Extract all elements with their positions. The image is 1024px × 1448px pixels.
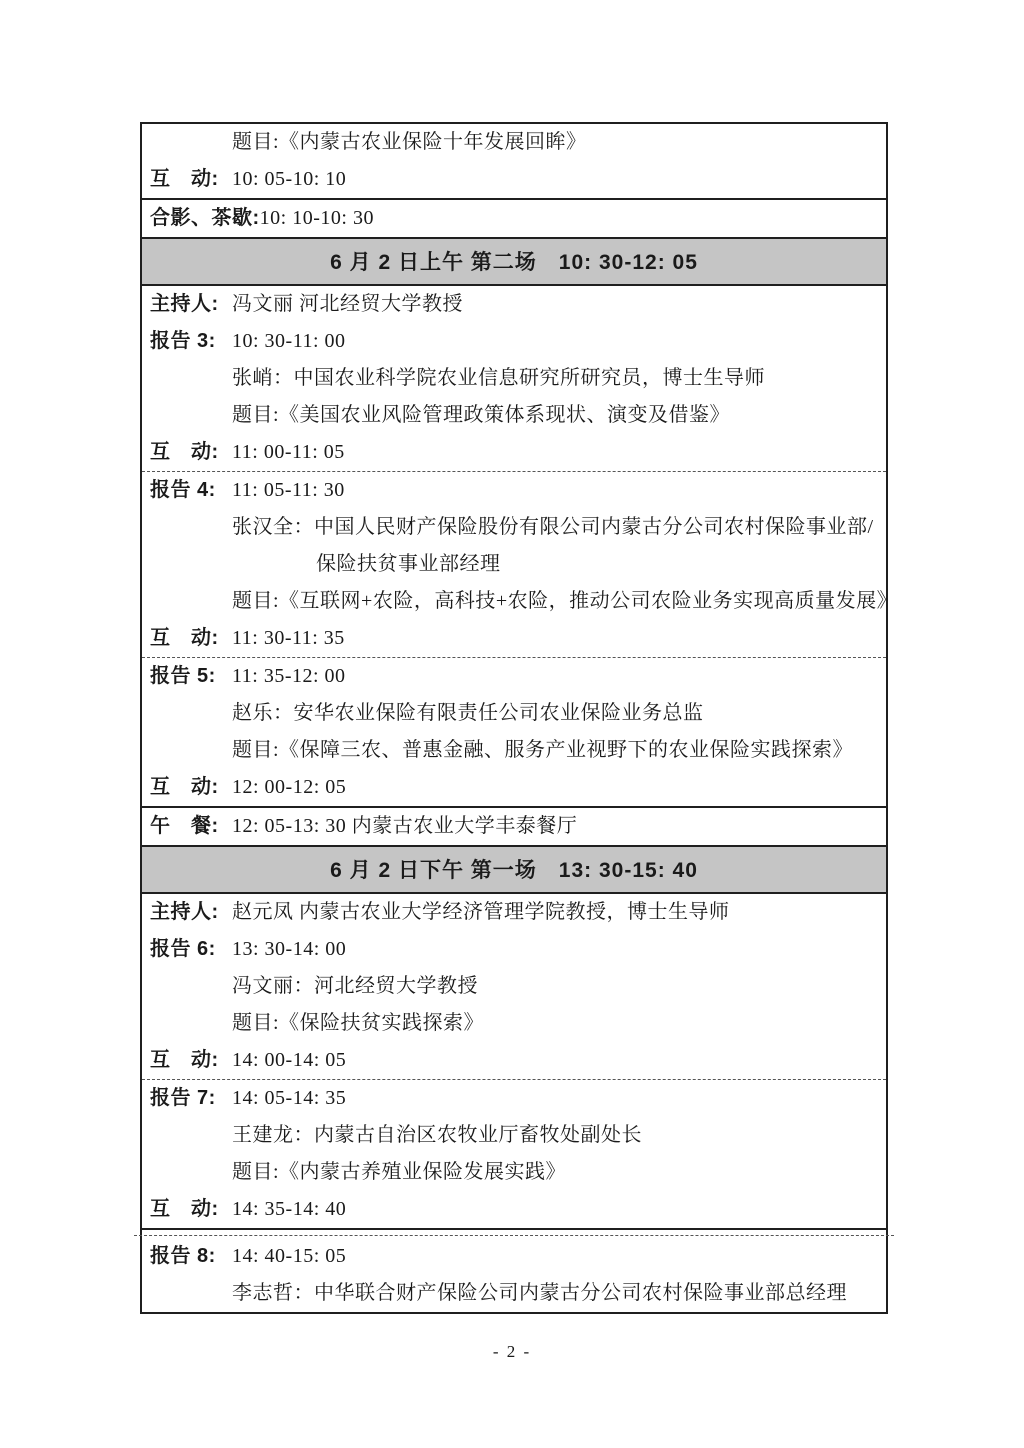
- row-value: 14: 40-15: 05: [232, 1245, 346, 1267]
- row-text: 题目:《内蒙古农业保险十年发展回眸》: [232, 131, 587, 153]
- schedule-block: 主持人:赵元凤 内蒙古农业大学经济管理学院教授，博士生导师报告 6:13: 30…: [142, 894, 886, 1080]
- row-text: 题目:《互联网+农险，高科技+农险，推动公司农险业务实现高质量发展》: [232, 590, 897, 612]
- row-label: 报告 8:: [150, 1238, 232, 1275]
- row-text: 李志哲：中华联合财产保险公司内蒙古分公司农村保险事业部总经理: [232, 1282, 847, 1304]
- schedule-line: 题目:《互联网+农险，高科技+农险，推动公司农险业务实现高质量发展》: [150, 583, 878, 620]
- row-value: 11: 00-11: 05: [232, 441, 345, 463]
- schedule-line: 互 动:14: 35-14: 40: [150, 1191, 878, 1228]
- row-label: 互 动:: [150, 161, 232, 198]
- schedule-block: 午 餐:12: 05-13: 30 内蒙古农业大学丰泰餐厅: [142, 808, 886, 847]
- session-header: 6 月 2 日下午 第一场 13: 30-15: 40: [142, 847, 886, 894]
- row-value: 10: 05-10: 10: [232, 168, 346, 190]
- row-label: 互 动:: [150, 434, 232, 471]
- row-value: 14: 00-14: 05: [232, 1049, 346, 1071]
- schedule-line: 张汉全：中国人民财产保险股份有限公司内蒙古分公司农村保险事业部/: [150, 509, 878, 546]
- row-value: 14: 35-14: 40: [232, 1198, 346, 1220]
- schedule-line: 报告 8:14: 40-15: 05: [150, 1238, 878, 1275]
- schedule-block: 合影、茶歇:10: 10-10: 30: [142, 200, 886, 239]
- row-value: 10: 30-11: 00: [232, 330, 346, 352]
- schedule-line: 报告 3:10: 30-11: 00: [150, 323, 878, 360]
- row-text: 赵乐：安华农业保险有限责任公司农业保险业务总监: [232, 702, 704, 724]
- schedule-line: 互 动:10: 05-10: 10: [150, 161, 878, 198]
- row-value: 13: 30-14: 00: [232, 938, 346, 960]
- schedule-line: 报告 7:14: 05-14: 35: [150, 1080, 878, 1117]
- row-text: 题目:《保障三农、普惠金融、服务产业视野下的农业保险实践探索》: [232, 739, 853, 761]
- row-value: 10: 10-10: 30: [260, 207, 374, 229]
- schedule-line: 李志哲：中华联合财产保险公司内蒙古分公司农村保险事业部总经理: [150, 1275, 878, 1312]
- schedule-line: 互 动:14: 00-14: 05: [150, 1042, 878, 1079]
- row-label: 午 餐:: [150, 808, 232, 845]
- schedule-line: 题目:《美国农业风险管理政策体系现状、演变及借鉴》: [150, 397, 878, 434]
- row-value: 14: 05-14: 35: [232, 1087, 346, 1109]
- row-label: 主持人:: [150, 286, 232, 323]
- schedule-line: 互 动:12: 00-12: 05: [150, 769, 878, 806]
- schedule-line: 主持人:赵元凤 内蒙古农业大学经济管理学院教授，博士生导师: [150, 894, 878, 931]
- schedule-line: 互 动:11: 00-11: 05: [150, 434, 878, 471]
- row-label: 互 动:: [150, 769, 232, 806]
- schedule-line: 题目:《保险扶贫实践探索》: [150, 1005, 878, 1042]
- schedule-line: 合影、茶歇:10: 10-10: 30: [150, 200, 878, 237]
- row-value: 11: 35-12: 00: [232, 665, 346, 687]
- schedule-line: 冯文丽：河北经贸大学教授: [150, 968, 878, 1005]
- schedule-line: 保险扶贫事业部经理: [150, 546, 878, 583]
- schedule-line: 题目:《内蒙古农业保险十年发展回眸》: [150, 124, 878, 161]
- row-text: 张汉全：中国人民财产保险股份有限公司内蒙古分公司农村保险事业部/: [232, 516, 874, 538]
- schedule-line: 午 餐:12: 05-13: 30 内蒙古农业大学丰泰餐厅: [150, 808, 878, 845]
- row-text: 题目:《内蒙古养殖业保险发展实践》: [232, 1161, 566, 1183]
- schedule-table: 题目:《内蒙古农业保险十年发展回眸》互 动:10: 05-10: 10合影、茶歇…: [140, 122, 888, 1314]
- schedule-line: 报告 5:11: 35-12: 00: [150, 658, 878, 695]
- row-label: 报告 7:: [150, 1080, 232, 1117]
- row-value: 12: 00-12: 05: [232, 776, 346, 798]
- schedule-line: 题目:《内蒙古养殖业保险发展实践》: [150, 1154, 878, 1191]
- row-label: 主持人:: [150, 894, 232, 931]
- row-label: 报告 3:: [150, 323, 232, 360]
- row-text: 张峭：中国农业科学院农业信息研究所研究员，博士生导师: [232, 367, 765, 389]
- schedule-line: 报告 6:13: 30-14: 00: [150, 931, 878, 968]
- schedule-line: 互 动:11: 30-11: 35: [150, 620, 878, 657]
- schedule-block: 主持人:冯文丽 河北经贸大学教授报告 3:10: 30-11: 00张峭：中国农…: [142, 286, 886, 472]
- row-value: 冯文丽 河北经贸大学教授: [232, 293, 463, 315]
- session-header: 6 月 2 日上午 第二场 10: 30-12: 05: [142, 239, 886, 286]
- row-label: 报告 4:: [150, 472, 232, 509]
- schedule-block: 报告 7:14: 05-14: 35王建龙：内蒙古自治区农牧业厅畜牧处副处长题目…: [142, 1080, 886, 1230]
- row-text: 保险扶贫事业部经理: [316, 553, 501, 575]
- schedule-line: 张峭：中国农业科学院农业信息研究所研究员，博士生导师: [150, 360, 878, 397]
- schedule-block: 报告 5:11: 35-12: 00赵乐：安华农业保险有限责任公司农业保险业务总…: [142, 658, 886, 808]
- schedule-block: 题目:《内蒙古农业保险十年发展回眸》互 动:10: 05-10: 10: [142, 124, 886, 200]
- row-label: 报告 5:: [150, 658, 232, 695]
- row-label: 合影、茶歇:: [150, 200, 260, 237]
- row-text: 王建龙：内蒙古自治区农牧业厅畜牧处副处长: [232, 1124, 642, 1146]
- row-text: 冯文丽：河北经贸大学教授: [232, 975, 478, 997]
- row-label: 互 动:: [150, 620, 232, 657]
- row-value: 赵元凤 内蒙古农业大学经济管理学院教授，博士生导师: [232, 901, 730, 923]
- row-label: 报告 6:: [150, 931, 232, 968]
- schedule-block: 报告 4:11: 05-11: 30张汉全：中国人民财产保险股份有限公司内蒙古分…: [142, 472, 886, 658]
- row-value: 11: 05-11: 30: [232, 479, 345, 501]
- row-label: 互 动:: [150, 1191, 232, 1228]
- schedule-line: 赵乐：安华农业保险有限责任公司农业保险业务总监: [150, 695, 878, 732]
- row-text: 题目:《美国农业风险管理政策体系现状、演变及借鉴》: [232, 404, 730, 426]
- row-label: 互 动:: [150, 1042, 232, 1079]
- row-text: 题目:《保险扶贫实践探索》: [232, 1012, 484, 1034]
- schedule-block: 报告 8:14: 40-15: 05李志哲：中华联合财产保险公司内蒙古分公司农村…: [142, 1230, 886, 1312]
- schedule-line: 主持人:冯文丽 河北经贸大学教授: [150, 286, 878, 323]
- schedule-line: 王建龙：内蒙古自治区农牧业厅畜牧处副处长: [150, 1117, 878, 1154]
- row-value: 11: 30-11: 35: [232, 627, 345, 649]
- row-value: 12: 05-13: 30 内蒙古农业大学丰泰餐厅: [232, 815, 577, 837]
- schedule-line: 报告 4:11: 05-11: 30: [150, 472, 878, 509]
- schedule-line: 题目:《保障三农、普惠金融、服务产业视野下的农业保险实践探索》: [150, 732, 878, 769]
- page-number: - 2 -: [0, 1342, 1024, 1362]
